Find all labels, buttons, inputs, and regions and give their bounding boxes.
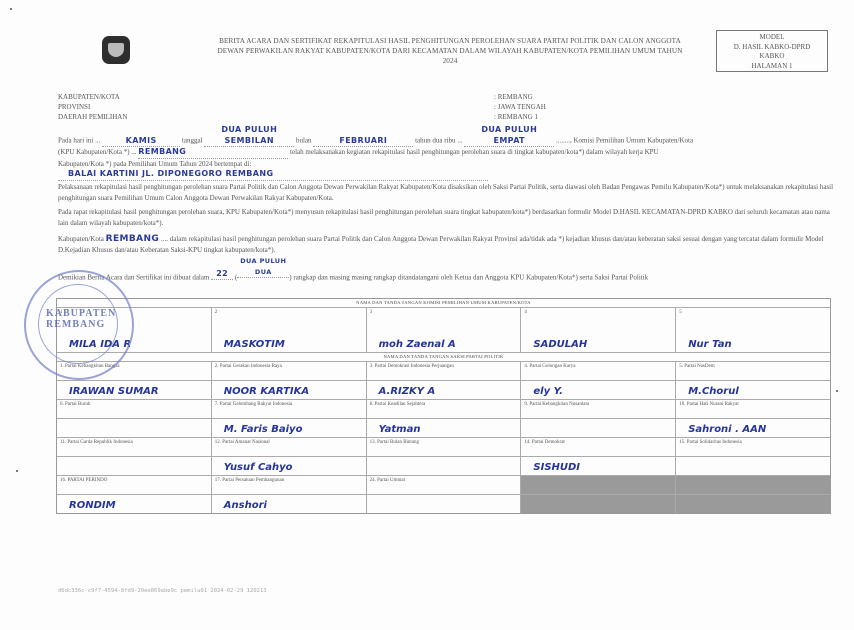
party-signature-cell <box>57 457 212 475</box>
party-name: 24. Partai Ummat <box>370 478 405 483</box>
party-name: 11. Partai Garda Republik Indonesia <box>60 440 133 445</box>
blank-cell <box>676 476 830 494</box>
kpu-header: NAMA DAN TANDA TANGAN KOMISI PEMILIHAN U… <box>57 299 830 308</box>
party-signature-cell: RONDIM <box>57 495 212 513</box>
paragraph-kejadian: Kabupaten/Kota REMBANG .... dalam rekapi… <box>58 234 834 255</box>
meta-label-kabupaten: KABUPATEN/KOTA <box>58 92 127 102</box>
witness-signature: Yusuf Cahyo <box>224 462 293 473</box>
title-line-3: 2024 <box>195 56 705 66</box>
party-label-cell: 16. PARTAI PERINDO <box>57 476 212 494</box>
witness-signature: SISHUDI <box>533 462 580 473</box>
party-label-cell: 8. Partai Keadilan Sejahtera <box>367 400 522 418</box>
party-signature-cell: M. Faris Baiyo <box>212 419 367 437</box>
meta-label-provinsi: PROVINSI <box>58 102 127 112</box>
kpu-member-number: 2 <box>215 310 218 315</box>
party-signature-cell <box>367 457 522 475</box>
scan-speck <box>16 470 18 472</box>
kpu-member-signature: MASKOTIM <box>224 339 285 350</box>
party-label-cell: 6. Partai Buruh <box>57 400 212 418</box>
kpu-member-number: 5 <box>679 310 682 315</box>
party-name: 14. Partai Demokrat <box>524 440 564 445</box>
party-name: 3. Partai Demokrasi Indonesia Perjuangan <box>370 364 454 369</box>
meta-labels: KABUPATEN/KOTA PROVINSI DAERAH PEMILIHAN <box>58 92 127 122</box>
party-label-cell: 14. Partai Demokrat <box>521 438 676 456</box>
party-signature-cell: Yusuf Cahyo <box>212 457 367 475</box>
party-signature-cell: IRAWAN SUMAR <box>57 381 212 399</box>
kpu-member-signature: Nur Tan <box>688 339 731 350</box>
kpu-member-cell: 2 MASKOTIM <box>212 308 367 352</box>
paragraph-demikian: Demikian Berita Acara dan Sertifikat ini… <box>58 262 834 284</box>
blank-cell <box>521 476 676 494</box>
text: tahun dua ribu ... <box>415 137 462 145</box>
field-bulan: FEBRUARI <box>313 136 413 148</box>
text: ........, Komisi Pemilihan Umum Kabupate… <box>556 137 693 145</box>
party-label-cell: 2. Partai Gerakan Indonesia Raya <box>212 362 367 380</box>
party-signature-row: RONDIMAnshori <box>57 495 830 513</box>
text: rangkap dan masing masing rangkap ditand… <box>293 274 648 282</box>
text: (KPU Kabupaten/Kota *) ... <box>58 148 137 156</box>
title-line-2: DEWAN PERWAKILAN RAKYAT KABUPATEN/KOTA D… <box>195 46 705 56</box>
blank-cell <box>521 495 676 513</box>
scan-speck <box>836 390 838 392</box>
kpu-member-cell: 4 SADULAH <box>521 308 676 352</box>
document-title: BERITA ACARA DAN SERTIFIKAT REKAPITULASI… <box>195 36 705 66</box>
meta-values: : REMBANG : JAWA TENGAH : REMBANG 1 <box>494 92 546 122</box>
party-signature-cell: NOOR KARTIKA <box>212 381 367 399</box>
paragraph-rapat: Pada rapat rekapitulasi hasil penghitung… <box>58 207 834 228</box>
party-label-cell: 17. Partai Persatuan Pembangunan <box>212 476 367 494</box>
blank-cell <box>676 495 830 513</box>
party-signature-cell: Yatman <box>367 419 522 437</box>
party-name: 5. Partai NasDem <box>679 364 714 369</box>
field-tanggal: DUA PULUH SEMBILAN <box>204 125 294 147</box>
field-tempat: BALAI KARTINI JL. DIPONEGORO REMBANG <box>58 169 488 181</box>
opening-paragraph: Pada hari ini ... KAMIS tanggal DUA PULU… <box>58 125 834 181</box>
stamp-text-2: REMBANG <box>46 319 116 330</box>
witness-signature: M.Chorul <box>688 386 739 397</box>
party-signature-row: IRAWAN SUMARNOOR KARTIKAA.RIZKY Aely Y.M… <box>57 381 830 400</box>
party-signature-cell: ely Y. <box>521 381 676 399</box>
model-label: MODEL <box>717 33 827 43</box>
title-line-1: BERITA ACARA DAN SERTIFIKAT REKAPITULASI… <box>195 36 705 46</box>
text: bulan <box>296 137 312 145</box>
text: telah melaksanakan kegiatan rekapitulasi… <box>290 148 659 156</box>
party-label-cell: 9. Partai Kebangkitan Nusantara <box>521 400 676 418</box>
party-name: 8. Partai Keadilan Sejahtera <box>370 402 426 407</box>
party-name: 9. Partai Kebangkitan Nusantara <box>524 402 589 407</box>
party-name: 6. Partai Buruh <box>60 402 90 407</box>
party-name: 4. Partai Golongan Karya <box>524 364 575 369</box>
kpu-stamp: KABUPATENREMBANG <box>24 270 134 380</box>
party-label-cell: 10. Partai Hati Nurani Rakyat <box>676 400 830 418</box>
party-name: 15. Partai Solidaritas Indonesia <box>679 440 742 445</box>
kpu-member-cell: 3 moh Zaenal A <box>367 308 522 352</box>
party-label-row: 6. Partai Buruh7. Partai Gelombang Rakya… <box>57 400 830 419</box>
party-label-cell: 12. Partai Amanat Nasional <box>212 438 367 456</box>
stamp-text-1: KABUPATEN <box>46 308 116 319</box>
party-signature-cell: SISHUDI <box>521 457 676 475</box>
party-signature-cell: A.RIZKY A <box>367 381 522 399</box>
field-jumlah-huruf: DUA PULUH DUA <box>237 256 289 278</box>
field-jumlah-angka: 22 <box>211 269 233 281</box>
paragraph-pelaksanaan: Pelaksanaan rekapitulasi hasil penghitun… <box>58 182 834 203</box>
saksi-header: NAMA DAN TANDA TANGAN SAKSI PARTAI POLIT… <box>57 353 830 362</box>
party-label-cell: 5. Partai NasDem <box>676 362 830 380</box>
field-hari: KAMIS <box>102 136 180 148</box>
meta-value-provinsi: : JAWA TENGAH <box>494 102 546 112</box>
text: Kabupaten/Kota *) pada Pemilihan Umum Ta… <box>58 159 834 170</box>
model-level: KABKO <box>717 52 827 62</box>
party-label-cell: 7. Partai Gelombang Rakyat Indonesia <box>212 400 367 418</box>
witness-signature: IRAWAN SUMAR <box>69 386 159 397</box>
model-code: D. HASIL KABKO-DPRD <box>717 43 827 53</box>
witness-signature: Anshori <box>224 500 267 511</box>
party-signature-cell: Anshori <box>212 495 367 513</box>
text: Pada hari ini ... <box>58 137 100 145</box>
party-rows: 1. Partai Kebangkitan Bangsa2. Partai Ge… <box>57 362 830 513</box>
text: tanggal <box>182 137 203 145</box>
model-box: MODEL D. HASIL KABKO-DPRD KABKO HALAMAN … <box>716 30 828 72</box>
party-name: 2. Partai Gerakan Indonesia Raya <box>215 364 282 369</box>
party-label-cell: 3. Partai Demokrasi Indonesia Perjuangan <box>367 362 522 380</box>
party-signature-row: Yusuf CahyoSISHUDI <box>57 457 830 476</box>
party-label-row: 1. Partai Kebangkitan Bangsa2. Partai Ge… <box>57 362 830 381</box>
party-label-cell: 15. Partai Solidaritas Indonesia <box>676 438 830 456</box>
party-signature-row: M. Faris BaiyoYatmanSahroni . AAN <box>57 419 830 438</box>
party-signature-cell <box>57 419 212 437</box>
party-label-cell: 4. Partai Golongan Karya <box>521 362 676 380</box>
party-name: 16. PARTAI PERINDO <box>60 478 107 483</box>
party-name: 13. Partai Bulan Bintang <box>370 440 419 445</box>
document-hash-footer: d6dc336c-c9f7-4594-8fd9-20ee869abe9c pem… <box>58 588 267 594</box>
text: Kabupaten/Kota <box>58 235 104 243</box>
scan-speck <box>10 8 12 10</box>
witness-signature: Yatman <box>379 424 421 435</box>
witness-signature: NOOR KARTIKA <box>224 386 309 397</box>
witness-signature: RONDIM <box>69 500 116 511</box>
kpu-member-cell: 5 Nur Tan <box>676 308 830 352</box>
party-label-cell: 13. Partai Bulan Bintang <box>367 438 522 456</box>
party-name: 12. Partai Amanat Nasional <box>215 440 270 445</box>
kpu-member-signature: moh Zaenal A <box>379 339 456 350</box>
field-tahun: DUA PULUH EMPAT <box>464 125 554 147</box>
kpu-signature-row: 1 MILA IDA R2 MASKOTIM3 moh Zaenal A4 SA… <box>57 308 830 353</box>
party-name: 17. Partai Persatuan Pembangunan <box>215 478 284 483</box>
meta-value-kabupaten: : REMBANG <box>494 92 546 102</box>
party-label-row: 11. Partai Garda Republik Indonesia12. P… <box>57 438 830 457</box>
witness-signature: A.RIZKY A <box>379 386 436 397</box>
party-name: 7. Partai Gelombang Rakyat Indonesia <box>215 402 292 407</box>
page-number: HALAMAN 1 <box>717 62 827 72</box>
text: .... dalam rekapitulasi hasil penghitung… <box>58 235 823 254</box>
field-kpu: REMBANG <box>138 147 288 159</box>
party-signature-cell: Sahroni . AAN <box>676 419 830 437</box>
witness-signature: Sahroni . AAN <box>688 424 766 435</box>
party-signature-cell <box>521 419 676 437</box>
kpu-member-number: 3 <box>370 310 373 315</box>
field-kabupaten: REMBANG <box>106 234 160 244</box>
party-label-cell: 24. Partai Ummat <box>367 476 522 494</box>
party-signature-cell <box>367 495 522 513</box>
witness-signature: ely Y. <box>533 386 563 397</box>
party-name: 10. Partai Hati Nurani Rakyat <box>679 402 739 407</box>
meta-value-dapil: : REMBANG 1 <box>494 112 546 122</box>
kpu-member-signature: SADULAH <box>533 339 587 350</box>
party-label-cell: 11. Partai Garda Republik Indonesia <box>57 438 212 456</box>
signature-table: NAMA DAN TANDA TANGAN KOMISI PEMILIHAN U… <box>56 298 831 514</box>
kpu-member-number: 4 <box>524 310 527 315</box>
witness-signature: M. Faris Baiyo <box>224 424 303 435</box>
party-label-row: 16. PARTAI PERINDO17. Partai Persatuan P… <box>57 476 830 495</box>
meta-label-dapil: DAERAH PEMILIHAN <box>58 112 127 122</box>
kpu-logo-icon <box>102 36 130 64</box>
party-signature-cell: M.Chorul <box>676 381 830 399</box>
party-signature-cell <box>676 457 830 475</box>
